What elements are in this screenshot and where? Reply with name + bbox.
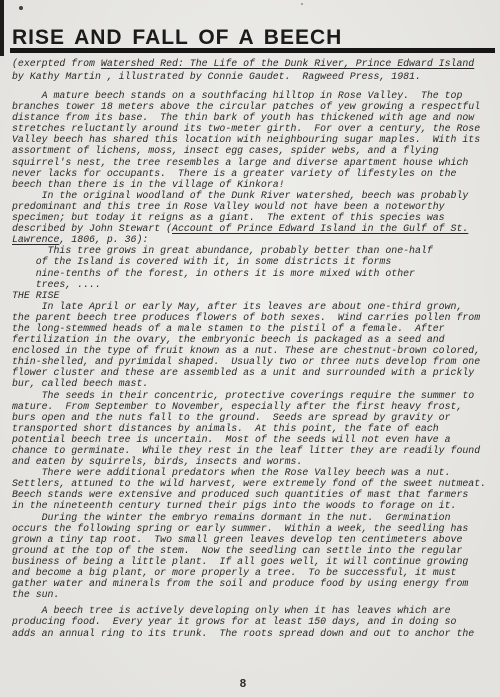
paragraph: The seeds in their concentric, protectiv…: [12, 390, 500, 468]
paragraph: There were additional predators when the…: [12, 467, 500, 511]
text-line: The seeds in their concentric, protectiv…: [12, 390, 500, 401]
block-quote: This tree grows in great abundance, prob…: [12, 245, 500, 289]
text-line: During the winter the embryo remains dor…: [12, 512, 500, 523]
text-segment: , 1806, p. 36):: [59, 234, 148, 245]
text-line: described by John Stewart (Account of Pr…: [12, 223, 500, 234]
text-line: mature. From September to November, espe…: [12, 401, 500, 412]
page-title: RISE AND FALL OF A BEECH: [12, 26, 342, 50]
text-line: trees, ....: [12, 279, 500, 290]
text-line: of the Island is covered with it, in som…: [12, 256, 500, 267]
text-line: bur, called beech mast.: [12, 378, 500, 389]
text-line: occurs the following spring or early sum…: [12, 523, 500, 534]
text-line: adds an annual ring to its trunk. The ro…: [12, 628, 500, 639]
section-heading: THE RISE: [12, 290, 500, 301]
text-line: producing food. Every year it grows for …: [12, 616, 500, 627]
scan-edge-mark: [0, 0, 4, 56]
source-citation: (exerpted from Watershed Red: The Life o…: [12, 58, 474, 84]
text-line: specimen; but today it reigns as a giant…: [12, 212, 500, 223]
ink-speck: [301, 3, 303, 5]
text-segment: described by John Stewart (: [12, 223, 172, 234]
document-body: A mature beech stands on a southfacing h…: [12, 90, 500, 639]
text-line: In the original woodland of the Dunk Riv…: [12, 190, 500, 201]
text-line: A mature beech stands on a southfacing h…: [12, 90, 500, 101]
title-underline-rule: [10, 48, 495, 53]
text-line: Beech stands were extensive and produced…: [12, 489, 500, 500]
paragraph: In late April or early May, after its le…: [12, 301, 500, 390]
text-line: THE RISE: [12, 290, 500, 301]
text-segment: (exerpted from: [12, 58, 101, 69]
text-line: This tree grows in great abundance, prob…: [12, 245, 500, 256]
text-line: nine-tenths of the forest, in others it …: [12, 268, 500, 279]
text-line: business of being a little plant. If all…: [12, 556, 500, 567]
text-line: There were additional predators when the…: [12, 467, 500, 478]
underlined-text: Account of Prince Edward Island in the G…: [172, 223, 468, 234]
underlined-text: Lawrence: [12, 234, 59, 245]
text-line: gather water and minerals from the soil …: [12, 578, 500, 589]
underlined-text: Watershed Red: The Life of the Dunk Rive…: [101, 58, 474, 69]
text-line: Lawrence, 1806, p. 36):: [12, 234, 500, 245]
text-line: branches tower 18 meters above the circu…: [12, 101, 500, 112]
text-line: (exerpted from Watershed Red: The Life o…: [12, 58, 474, 71]
text-line: the long-stemmed heads of a male stamen …: [12, 323, 500, 334]
text-line: ground at the top of the stem. Now the s…: [12, 545, 500, 556]
paragraph: In the original woodland of the Dunk Riv…: [12, 190, 500, 245]
text-line: A beech tree is actively developing only…: [12, 605, 500, 616]
text-line: by Kathy Martin , illustrated by Connie …: [12, 71, 474, 84]
text-line: squirrel's nest, the tree resembles a la…: [12, 157, 500, 168]
text-line: grown a tiny tap root. Two small green l…: [12, 534, 500, 545]
text-line: never lacks for occupants. There is a gr…: [12, 168, 500, 179]
text-line: the sun.: [12, 589, 500, 600]
text-line: fertilization in the ovary, the embryoni…: [12, 334, 500, 345]
text-line: Settlers, attuned to the wild harvest, w…: [12, 478, 500, 489]
text-line: and become a big plant, or more properly…: [12, 567, 500, 578]
text-line: assortment of lichens, moss, insect egg …: [12, 145, 500, 156]
ink-speck: [19, 6, 23, 10]
text-line: flower cluster and these are assembled a…: [12, 367, 500, 378]
text-line: burs open and the nuts fall to the groun…: [12, 412, 500, 423]
text-line: thin-shelled, and pyrimidal shaped. Usua…: [12, 356, 500, 367]
text-line: predominant and this tree in Rose Valley…: [12, 201, 500, 212]
text-line: the parent beech tree produces flowers o…: [12, 312, 500, 323]
text-line: chance to germinate. While they rest in …: [12, 445, 500, 456]
text-line: potential beech tree is uncertain. Most …: [12, 434, 500, 445]
text-line: In late April or early May, after its le…: [12, 301, 500, 312]
text-line: Valley beech has shared this location wi…: [12, 134, 500, 145]
paragraph: During the winter the embryo remains dor…: [12, 512, 500, 601]
paragraph: A mature beech stands on a southfacing h…: [12, 90, 500, 190]
text-line: stretches reluctantly around its two-met…: [12, 123, 500, 134]
text-line: beech than there is in the village of Ki…: [12, 179, 500, 190]
text-line: enclosed in the type of fruit known as a…: [12, 345, 500, 356]
text-line: distance from its base. The thin bark of…: [12, 112, 500, 123]
scanned-page: RISE AND FALL OF A BEECH (exerpted from …: [0, 0, 500, 697]
text-line: and eaten by squirrels, birds, insects a…: [12, 456, 500, 467]
text-line: in the nineteenth century turned their p…: [12, 500, 500, 511]
paragraph: A beech tree is actively developing only…: [12, 605, 500, 638]
text-line: transported short distances by animals. …: [12, 423, 500, 434]
page-number: 8: [0, 678, 486, 691]
